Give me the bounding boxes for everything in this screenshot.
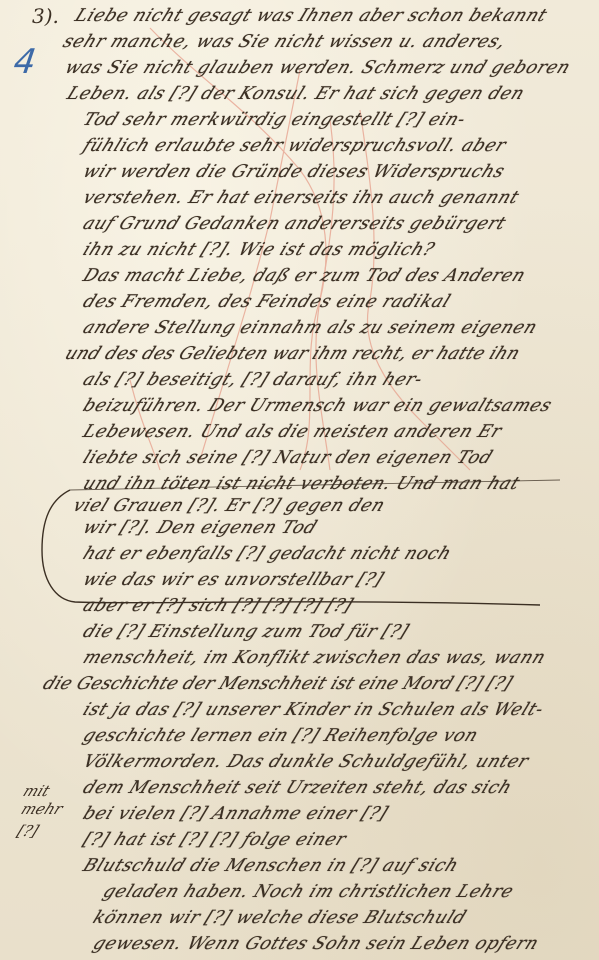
text-line: liebte sich seine [?] Natur den eigenen … <box>80 450 495 468</box>
text-line: Leben. als [?] der Konsul. Er hat sich g… <box>64 86 527 104</box>
text-line: geschichte lernen ein [?] Reihenfolge vo… <box>80 728 481 746</box>
text-line: geladen haben. Noch im christlichen Lehr… <box>100 884 516 902</box>
text-line: verstehen. Er hat einerseits ihn auch ge… <box>80 190 521 208</box>
text-line: viel Grauen [?]. Er [?] gegen den <box>70 498 387 516</box>
text-line: bei vielen [?] Annahme einer [?] <box>80 806 390 824</box>
text-line: und des des Geliebten war ihm recht, er … <box>62 346 522 364</box>
text-line: des Fremden, des Feindes eine radikal <box>80 294 453 312</box>
text-line: Blutschuld die Menschen in [?] auf sich <box>80 858 461 876</box>
text-line: wir [?]. Den eigenen Tod <box>80 520 319 538</box>
text-line: gewesen. Wenn Gottes Sohn sein Leben opf… <box>90 936 541 954</box>
section-mark: 3). <box>32 4 59 28</box>
text-line-bracketed: menschheit, im Konflikt zwischen das was… <box>80 650 548 668</box>
text-line: [?] hat ist [?] [?] folge einer <box>80 832 349 850</box>
text-line: Lebewesen. Und als die meisten anderen E… <box>80 424 504 442</box>
text-line: können wir [?] welche diese Blutschuld <box>90 910 469 928</box>
text-line-bracketed: hat er ebenfalls [?] gedacht nicht noch <box>80 546 454 564</box>
text-line: Das macht Liebe, daß er zum Tod des Ande… <box>80 268 528 286</box>
text-line: als [?] beseitigt, [?] darauf, ihn her- <box>80 372 425 390</box>
text-line-bracketed: wie das wir es unvorstellbar [?] <box>80 572 386 590</box>
text-line: Völkermorden. Das dunkle Schuldgefühl, u… <box>80 754 531 772</box>
text-line: auf Grund Gedanken andererseits gebürger… <box>80 216 508 234</box>
text-line-bracketed: aber er [?] sich [?] [?] [?] [?] <box>80 598 355 616</box>
text-line: Tod sehr merkwürdig eingestellt [?] ein- <box>80 112 468 130</box>
text-line: fühlich erlaubte sehr widerspruchsvoll. … <box>80 138 509 156</box>
margin-note: mehr <box>18 800 65 818</box>
text-line: Liebe nicht gesagt was Ihnen aber schon … <box>72 8 549 26</box>
text-line: und ihn töten ist nicht verboten. Und ma… <box>80 476 522 494</box>
text-line: ihn zu nicht [?]. Wie ist das möglich? <box>80 242 437 260</box>
text-line: ist ja das [?] unserer Kinder in Schulen… <box>80 702 546 720</box>
text-line: beizuführen. Der Urmensch war ein gewalt… <box>80 398 554 416</box>
text-line: was Sie nicht glauben werden. Schmerz un… <box>62 60 573 78</box>
text-line: die Geschichte der Menschheit ist eine M… <box>40 676 514 694</box>
text-line: andere Stellung einnahm als zu seinem ei… <box>80 320 540 338</box>
text-line: wir werden die Gründe dieses Widerspruch… <box>80 164 507 182</box>
text-line-bracketed: die [?] Einstellung zum Tod für [?] <box>80 624 411 642</box>
text-line: sehr manche, was Sie nicht wissen u. and… <box>60 34 508 52</box>
text-line: dem Menschheit seit Urzeiten steht, das … <box>80 780 514 798</box>
